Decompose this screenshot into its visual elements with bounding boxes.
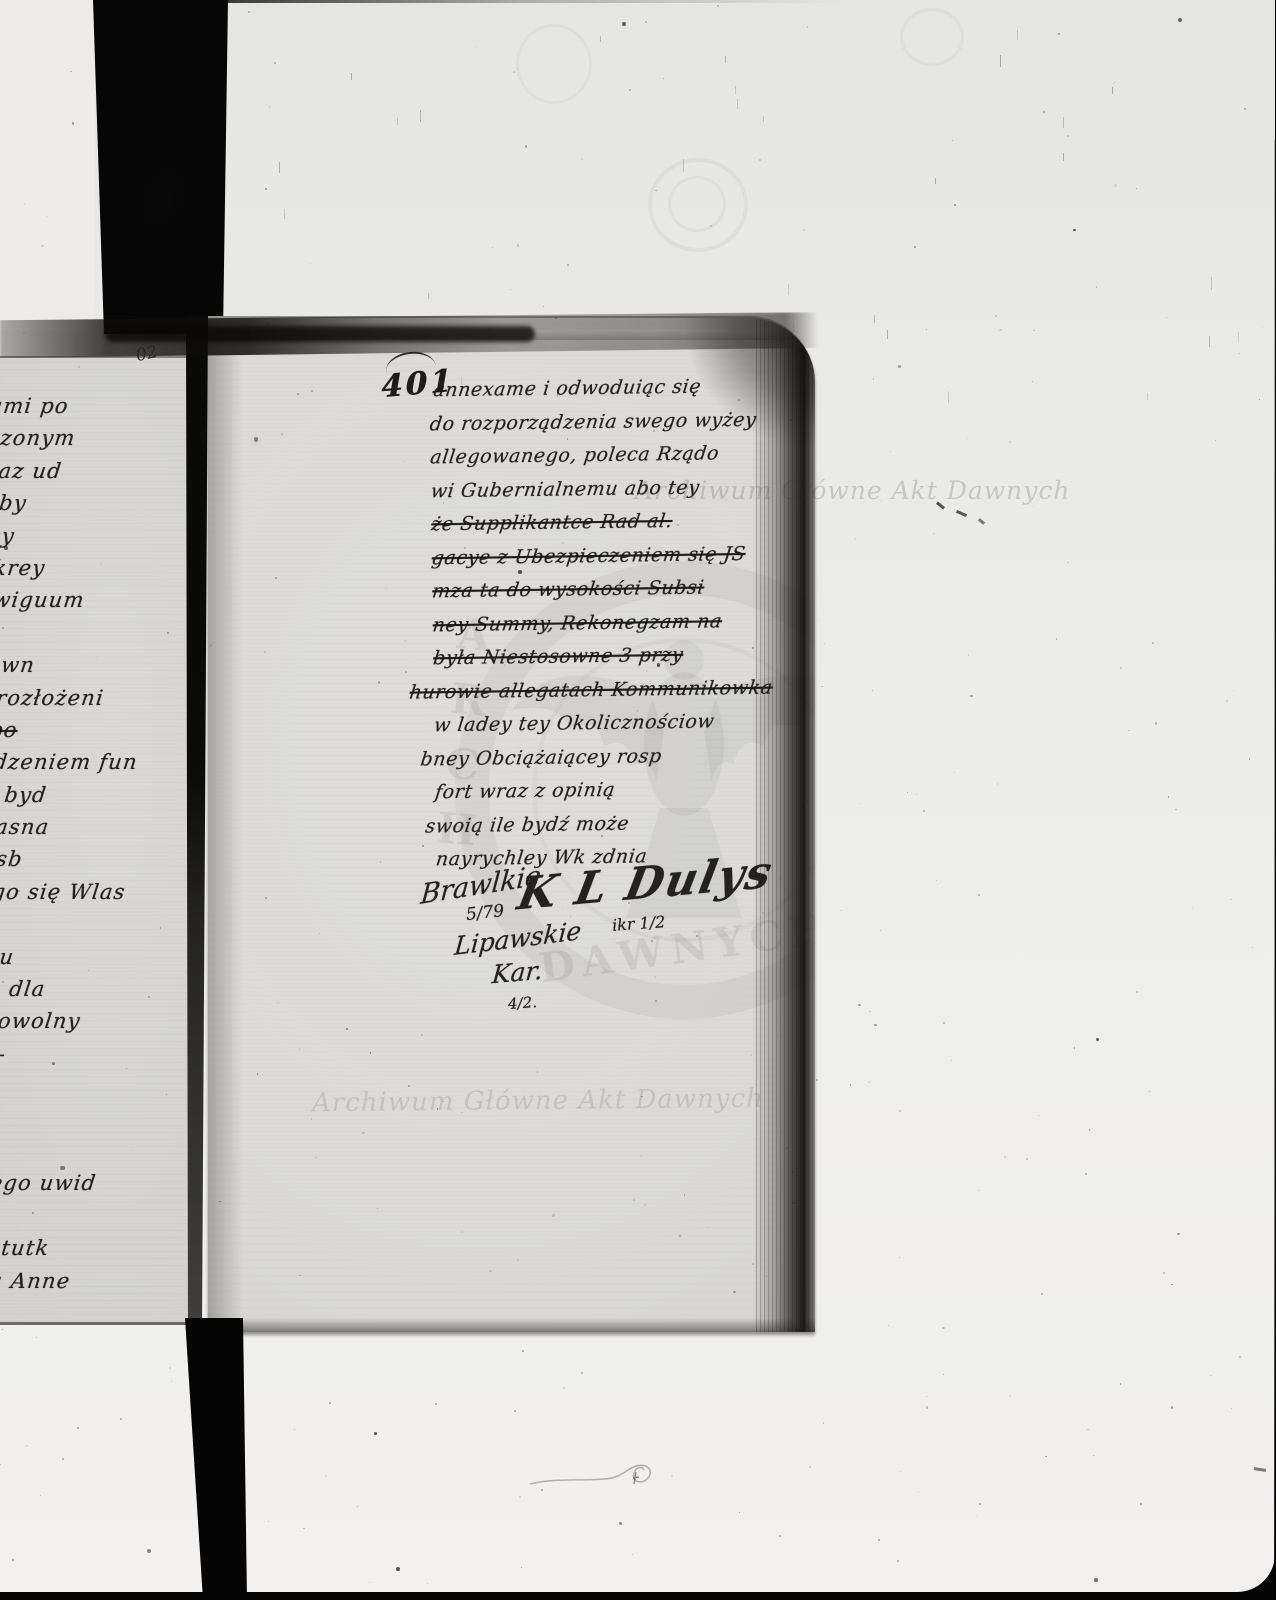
handwriting-line: ki zebranym byd xyxy=(0,783,188,815)
handwriting-line: wierne raty rozłożeni xyxy=(0,686,188,718)
handwriting-line: aiącey, w zakrey xyxy=(0,556,188,588)
handwriting-line: od tey Kwoty xyxy=(0,1107,188,1139)
handwriting-line: miał zakińsku xyxy=(0,945,188,977)
page-top-smudge-core xyxy=(105,326,535,342)
handwriting-line: ona wtasnie dla xyxy=(0,977,188,1009)
handwriting-line: gmiazdnego tutk xyxy=(0,1236,188,1268)
page-bottom-shadow xyxy=(208,1318,815,1332)
handwriting-line: wstanie na raz ud xyxy=(0,459,188,491)
handwriting-line: nia w dobrowolny xyxy=(0,1009,188,1041)
handwriting-line: wodłeżone — xyxy=(0,1042,188,1074)
handwriting-line: Klamne xyxy=(0,1301,188,1325)
handwriting-line: 3ma Jabeła Anne xyxy=(0,1269,188,1301)
signature-annotation: ikr 1/2 xyxy=(611,912,665,935)
handwriting-line: o w Mienie spisb xyxy=(0,847,188,879)
right-page: ARCH DAWNYCH 401 annexame i odwoduiąc si… xyxy=(208,316,815,1332)
film-edge-top xyxy=(228,0,878,3)
handwriting-line: spy lat zmarły xyxy=(0,912,188,944)
handwriting-line: styd na Smutny xyxy=(0,524,188,556)
handwriting-line: tyczy zaległ xyxy=(0,1074,188,1106)
handwriting-line: uyda kate za po xyxy=(0,718,188,750)
binding-edge xyxy=(753,318,815,1332)
handwriting-line: Kwole na rown xyxy=(0,653,188,685)
signature-fraction-bottom: 4/2. xyxy=(507,993,537,1013)
handwriting-line: złd sprou, aby xyxy=(0,491,188,523)
handwriting-line: nayduiącego się Wlas xyxy=(0,880,188,912)
left-page: wraz z Zabytkami poubrazie Oznaczonymwst… xyxy=(0,356,188,1325)
handwriting-line: reni obrządzeniem fun xyxy=(0,750,188,782)
archival-scan: wraz z Zabytkami poubrazie Oznaczonymwst… xyxy=(0,0,1276,1600)
handwriting-line: spiw aby od xyxy=(0,1139,188,1171)
handwriting-line: ubrazie Oznaczonym xyxy=(0,426,188,458)
signature-fraction-top: 5/79 xyxy=(465,901,505,925)
handwriting-line: ona z Rzesuwiguum xyxy=(0,588,188,620)
handwriting-line: a Sukcesowego uwid xyxy=(0,1171,188,1203)
pencil-squiggle-mark xyxy=(526,1454,666,1500)
signature-initial: Kar. xyxy=(491,956,544,990)
handwriting-line: Umrst dwu nie xyxy=(0,621,188,653)
handwriting-line: spisedar własna xyxy=(0,815,188,847)
handwriting-line: wraz z Zabytkami po xyxy=(0,394,188,426)
handwriting-line: bydź mogła xyxy=(0,1204,188,1236)
left-page-handwriting: wraz z Zabytkami poubrazie Oznaczonymwst… xyxy=(0,394,188,1325)
